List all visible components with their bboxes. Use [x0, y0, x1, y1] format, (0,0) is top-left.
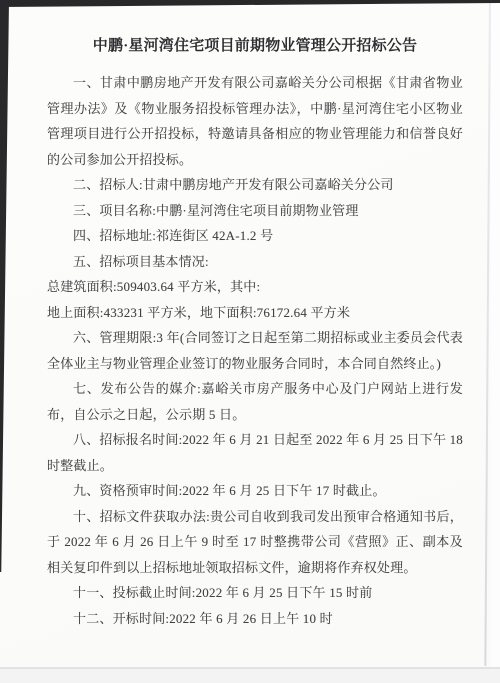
paragraph-9: 七、发布公告的媒介:嘉峪关市房产服务中心及门户网站上进行发布，自公示之日起，公示…	[47, 376, 463, 427]
paragraph-5: 五、招标项目基本情况:	[47, 249, 463, 275]
paragraph-3: 三、项目名称:中鹏·星河湾住宅项目前期物业管理	[47, 198, 463, 224]
document-page: 中鹏·星河湾住宅项目前期物业管理公开招标公告 一、甘肃中鹏房地产开发有限公司嘉峪…	[0, 0, 500, 683]
scanned-document-photo: 中鹏·星河湾住宅项目前期物业管理公开招标公告 一、甘肃中鹏房地产开发有限公司嘉峪…	[0, 0, 500, 683]
paragraph-10: 八、招标报名时间:2022 年 6 月 21 日起至 2022 年 6 月 25…	[47, 427, 463, 478]
photo-right-margin	[491, 0, 500, 683]
document-title: 中鹏·星河湾住宅项目前期物业管理公开招标公告	[47, 36, 463, 56]
paper-bottom-edge-line	[0, 667, 500, 669]
paragraph-8: 六、管理期限:3 年(合同签订之日起至第二期招标或业主委员会代表全体业主与物业管…	[47, 325, 463, 376]
paragraph-12: 十、招标文件获取办法:贵公司自收到我司发出预审合格通知书后，于 2022 年 6…	[47, 504, 463, 581]
paragraph-14: 十二、开标时间:2022 年 6 月 26 日上午 10 时	[47, 606, 463, 632]
paragraph-6: 总建筑面积:509403.64 平方米，其中:	[47, 274, 463, 300]
paragraph-1: 一、甘肃中鹏房地产开发有限公司嘉峪关分公司根据《甘肃省物业管理办法》及《物业服务…	[47, 70, 463, 172]
paragraph-2: 二、招标人:甘肃中鹏房地产开发有限公司嘉峪关分公司	[47, 172, 463, 198]
paragraph-13: 十一、投标截止时间:2022 年 6 月 25 日下午 15 时前	[47, 580, 463, 606]
paragraph-7: 地上面积:433231 平方米，地下面积:76172.64 平方米	[47, 300, 463, 326]
paragraph-4: 四、招标地址:祁连街区 42A-1.2 号	[47, 223, 463, 249]
paragraph-11: 九、资格预审时间:2022 年 6 月 25 日下午 17 时截止。	[47, 478, 463, 504]
photo-area-below-paper	[0, 669, 500, 683]
